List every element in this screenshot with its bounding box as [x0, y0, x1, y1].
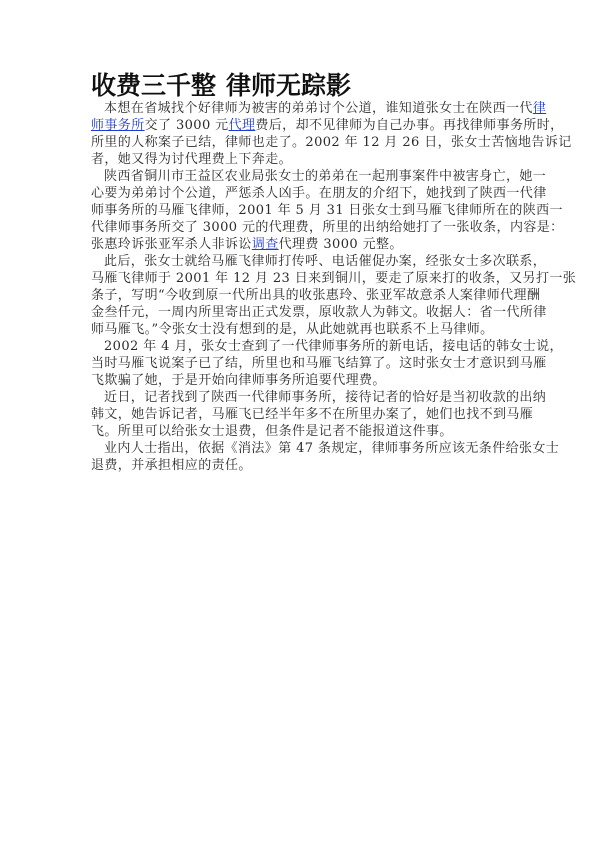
- text-segment: 业内人士指出，依据《消法》第 47 条规定，律师事务所应该无条件给张女士: [104, 441, 559, 456]
- text-line: 师事务所的马雁飞律师，2001 年 5 月 31 日张女士到马雁飞律师所在的陕西…: [91, 202, 505, 219]
- text-line: 所里的人称案子已结，律师也走了。2002 年 12 月 26 日，张女士苦恼地告…: [91, 134, 505, 151]
- text-segment: 金叁仟元，一周内所里寄出正式发票，原收款人为韩文。收据人：省一代所律: [91, 305, 547, 320]
- text-line: 师事务所交了 3000 元代理费后，却不见律师为自己办事。再找律师事务所时，: [91, 117, 505, 134]
- hyperlink[interactable]: 代理: [229, 118, 256, 133]
- text-line: 业内人士指出，依据《消法》第 47 条规定，律师事务所应该无条件给张女士: [91, 440, 505, 457]
- text-segment: 当时马雁飞说案子已了结，所里也和马雁飞结算了。这时张女士才意识到马雁: [91, 356, 547, 371]
- hyperlink[interactable]: 律: [533, 101, 546, 116]
- text-segment: 心要为弟弟讨个公道，严惩杀人凶手。在朋友的介绍下，她找到了陕西一代律: [91, 186, 547, 201]
- text-line: 本想在省城找个好律师为被害的弟弟讨个公道，谁知道张女士在陕西一代律: [91, 100, 505, 117]
- text-line: 马雁飞律师于 2001 年 12 月 23 日来到铜川，要走了原来打的收条，又另…: [91, 270, 505, 287]
- text-segment: 费后，却不见律师为自己办事。再找律师事务所时，: [255, 118, 563, 133]
- text-segment: 飞欺骗了她，于是开始向律师事务所追要代理费。: [91, 373, 386, 388]
- paragraph: 此后，张女士就给马雁飞律师打传呼、电话催促办案，经张女士多次联系，马雁飞律师于 …: [91, 253, 505, 338]
- paragraph: 本想在省城找个好律师为被害的弟弟讨个公道，谁知道张女士在陕西一代律师事务所交了 …: [91, 100, 505, 168]
- paragraph: 陕西省铜川市王益区农业局张女士的弟弟在一起刑事案件中被害身亡，她一心要为弟弟讨个…: [91, 168, 505, 253]
- text-line: 近日，记者找到了陕西一代律师事务所，接待记者的恰好是当初收款的出纳: [91, 389, 505, 406]
- text-segment: 交了 3000 元: [145, 118, 229, 133]
- paragraph: 2002 年 4 月，张女士查到了一代律师事务所的新电话，接电话的韩女士说，当时…: [91, 338, 505, 389]
- text-segment: 本想在省城找个好律师为被害的弟弟讨个公道，谁知道张女士在陕西一代: [104, 101, 533, 116]
- text-segment: 代律师事务所交了 3000 元的代理费，所里的出纳给她打了一张收条，内容是：: [91, 220, 564, 235]
- text-line: 韩文，她告诉记者，马雁飞已经半年多不在所里办案了，她们也找不到马雁: [91, 406, 505, 423]
- text-segment: 条子，写明“今收到原一代所出具的收张惠玲、张亚军故意杀人案律师代理酬: [91, 288, 540, 303]
- text-line: 者，她又得为讨代理费上下奔走。: [91, 151, 505, 168]
- text-segment: 师马雁飞。”令张女士没有想到的是，从此她就再也联系不上马律师。: [91, 322, 494, 337]
- text-line: 心要为弟弟讨个公道，严惩杀人凶手。在朋友的介绍下，她找到了陕西一代律: [91, 185, 505, 202]
- text-segment: 马雁飞律师于 2001 年 12 月 23 日来到铜川，要走了原来打的收条，又另…: [91, 271, 576, 286]
- text-segment: 陕西省铜川市王益区农业局张女士的弟弟在一起刑事案件中被害身亡，她一: [104, 169, 546, 184]
- hyperlink[interactable]: 师事务所: [91, 118, 145, 133]
- text-line: 2002 年 4 月，张女士查到了一代律师事务所的新电话，接电话的韩女士说，: [91, 338, 505, 355]
- text-line: 师马雁飞。”令张女士没有想到的是，从此她就再也联系不上马律师。: [91, 321, 505, 338]
- text-segment: 近日，记者找到了陕西一代律师事务所，接待记者的恰好是当初收款的出纳: [104, 390, 546, 405]
- text-line: 张惠玲诉张亚军杀人非诉讼调查代理费 3000 元整。: [91, 236, 505, 253]
- text-segment: 者，她又得为讨代理费上下奔走。: [91, 152, 292, 167]
- text-segment: 代理费 3000 元整。: [279, 237, 403, 252]
- hyperlink[interactable]: 调查: [252, 237, 279, 252]
- text-line: 当时马雁飞说案子已了结，所里也和马雁飞结算了。这时张女士才意识到马雁: [91, 355, 505, 372]
- text-line: 代律师事务所交了 3000 元的代理费，所里的出纳给她打了一张收条，内容是：: [91, 219, 505, 236]
- article-title: 收费三千整律师无踪影: [91, 72, 505, 100]
- text-segment: 韩文，她告诉记者，马雁飞已经半年多不在所里办案了，她们也找不到马雁: [91, 407, 533, 422]
- text-line: 此后，张女士就给马雁飞律师打传呼、电话催促办案，经张女士多次联系，: [91, 253, 505, 270]
- text-segment: 飞。所里可以给张女士退费，但条件是记者不能报道这件事。: [91, 424, 453, 439]
- text-segment: 所里的人称案子已结，律师也走了。2002 年 12 月 26 日，张女士苦恼地告…: [91, 135, 572, 150]
- text-segment: 退费，并承担相应的责任。: [91, 458, 252, 473]
- text-line: 飞。所里可以给张女士退费，但条件是记者不能报道这件事。: [91, 423, 505, 440]
- paragraph: 业内人士指出，依据《消法》第 47 条规定，律师事务所应该无条件给张女士退费，并…: [91, 440, 505, 474]
- paragraph: 近日，记者找到了陕西一代律师事务所，接待记者的恰好是当初收款的出纳韩文，她告诉记…: [91, 389, 505, 440]
- title-part-1: 收费三千整: [91, 71, 216, 100]
- text-line: 飞欺骗了她，于是开始向律师事务所追要代理费。: [91, 372, 505, 389]
- text-line: 金叁仟元，一周内所里寄出正式发票，原收款人为韩文。收据人：省一代所律: [91, 304, 505, 321]
- text-line: 退费，并承担相应的责任。: [91, 457, 505, 474]
- text-segment: 师事务所的马雁飞律师，2001 年 5 月 31 日张女士到马雁飞律师所在的陕西…: [91, 203, 563, 218]
- text-segment: 此后，张女士就给马雁飞律师打传呼、电话催促办案，经张女士多次联系，: [104, 254, 546, 269]
- article-body: 本想在省城找个好律师为被害的弟弟讨个公道，谁知道张女士在陕西一代律师事务所交了 …: [91, 100, 505, 474]
- document-page: 收费三千整律师无踪影 本想在省城找个好律师为被害的弟弟讨个公道，谁知道张女士在陕…: [91, 72, 505, 474]
- text-line: 陕西省铜川市王益区农业局张女士的弟弟在一起刑事案件中被害身亡，她一: [91, 168, 505, 185]
- title-part-2: 律师无踪影: [226, 71, 351, 100]
- text-segment: 2002 年 4 月，张女士查到了一代律师事务所的新电话，接电话的韩女士说，: [104, 339, 563, 354]
- text-segment: 张惠玲诉张亚军杀人非诉讼: [91, 237, 252, 252]
- text-line: 条子，写明“今收到原一代所出具的收张惠玲、张亚军故意杀人案律师代理酬: [91, 287, 505, 304]
